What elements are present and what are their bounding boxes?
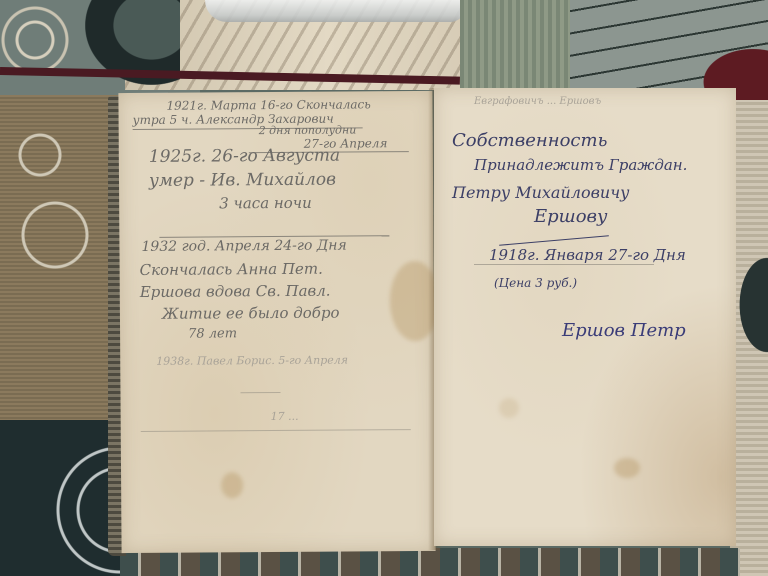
ownership-line-2: Принадлежитъ Граждан. — [474, 156, 687, 174]
ownership-line-1: Собственность — [452, 130, 607, 151]
tapestry-left-panel — [0, 95, 120, 425]
faint-note: 17 ... — [271, 410, 299, 423]
paper-stain — [499, 398, 519, 418]
right-page: Евграфовичъ ... Ершовъ Собственность При… — [434, 88, 736, 546]
underline — [474, 264, 654, 265]
plastic-bag — [205, 0, 465, 22]
paper-stain — [221, 472, 243, 498]
entry-3-line-3: Ершова вдова Св. Павл. — [140, 282, 331, 301]
owner-surname: Ершову — [534, 206, 607, 227]
entry-3-line-4: Житие ее было добро — [162, 304, 340, 323]
entry-3-line-5: 78 лет — [188, 326, 237, 341]
faint-line — [141, 429, 411, 432]
date-line: 1918г. Января 27-го Дня — [489, 246, 686, 264]
entry-1-line-1: 1921г. Марта 16-го Скончалась — [166, 97, 370, 112]
ownership-line-3: Петру Михайловичу — [452, 183, 629, 202]
tapestry-green-panel — [460, 0, 575, 100]
paper-stain — [614, 458, 640, 478]
signature: Ершов Петр — [562, 320, 686, 341]
price-note: (Цена 3 руб.) — [494, 276, 577, 290]
faint-header: Евграфовичъ ... Ершовъ — [474, 96, 601, 107]
ink-flourish — [499, 235, 609, 246]
entry-2-line-3: 3 часа ночи — [219, 194, 312, 213]
entry-4-line-1: 1938г. Павел Борис. 5-го Апреля — [156, 354, 348, 368]
entry-3-line-2: Скончалась Анна Пет. — [140, 260, 323, 279]
open-book: 1921г. Марта 16-го Скончалась утра 5 ч. … — [108, 88, 740, 558]
left-page: 1921г. Марта 16-го Скончалась утра 5 ч. … — [118, 91, 435, 553]
entry-2-line-2: умер - Ив. Михайлов — [149, 170, 336, 191]
entry-2-line-1: 1925г. 26-го Августа — [149, 146, 340, 167]
entry-3-line-1: 1932 год. Апреля 24-го Дня — [141, 238, 346, 255]
faint-line — [240, 392, 280, 393]
tapestry-dark-circles — [0, 420, 125, 576]
entry-1-line-3: 2 дня пополудни — [259, 123, 357, 137]
